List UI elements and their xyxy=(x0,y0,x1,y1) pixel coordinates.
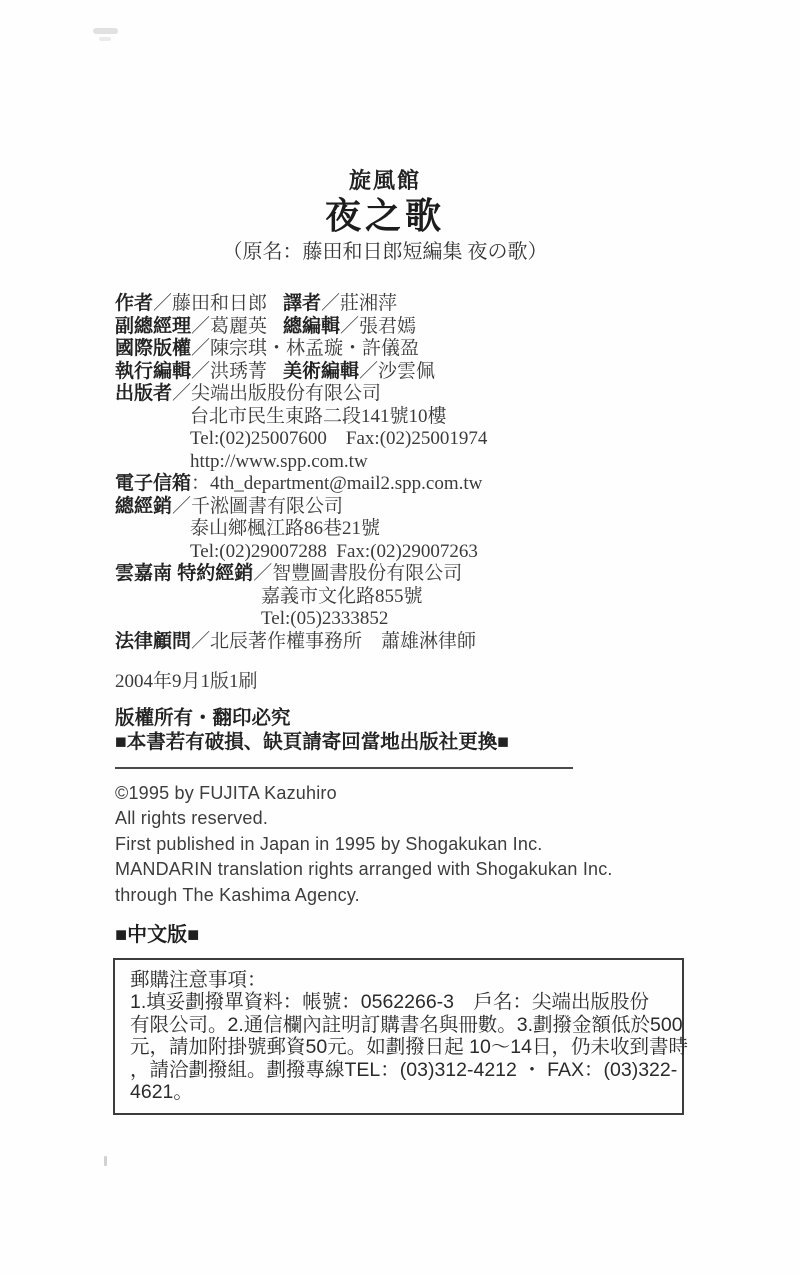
credit-legal-advisor: 法律顧問／北辰著作權事務所 蕭雄淋律師 xyxy=(115,631,687,654)
credit-value: ／陳宗琪・林孟璇・許儀盈 xyxy=(191,338,419,359)
mail-order-line: 元，請加附掛號郵資50元。如劃撥日起 10～14日，仍未收到書時 xyxy=(130,1036,667,1058)
scan-artifact xyxy=(99,37,111,41)
mail-order-heading: 郵購注意事項： xyxy=(130,969,667,991)
regional-distributor-phone: Tel:(05)2333852 xyxy=(115,608,687,631)
mail-order-line: 1.填妥劃撥單資料：帳號：0562266-3 戶名：尖端出版股份 xyxy=(130,991,667,1013)
mail-order-line: ，請洽劃撥組。劃撥專線TEL：(03)312-4212 ・ FAX：(03)32… xyxy=(130,1059,667,1081)
english-copyright-block: ©1995 by FUJITA Kazuhiro All rights rese… xyxy=(115,781,687,908)
credit-general-distributor: 總經銷／千淞圖書有限公司 xyxy=(115,496,687,519)
credit-author-translator: 作者／藤田和日郎譯者／莊湘萍 xyxy=(115,293,687,316)
credit-label: 法律顧問 xyxy=(115,631,191,652)
title-block: 旋風館 夜之歌 （原名：藤田和日郎短編集 夜の歌） xyxy=(115,0,655,266)
publisher-website: http://www.spp.com.tw xyxy=(115,451,687,474)
publisher-phone-fax: Tel:(02)25007600 Fax:(02)25001974 xyxy=(115,428,687,451)
regional-distributor-address: 嘉義市文化路855號 xyxy=(115,586,687,609)
rights-reserved-text: 版權所有・翻印必究 xyxy=(115,707,687,731)
divider-rule xyxy=(115,767,573,769)
credit-label: 譯者 xyxy=(283,293,321,314)
credit-value: ／尖端出版股份有限公司 xyxy=(172,383,381,404)
credit-value: ／藤田和日郎 xyxy=(153,293,267,314)
credit-value: ／莊湘萍 xyxy=(321,293,397,314)
credit-label: 電子信箱 xyxy=(115,473,191,494)
publisher-address: 台北市民生東路二段141號10樓 xyxy=(115,406,687,429)
credits-block: 作者／藤田和日郎譯者／莊湘萍 副總經理／葛麗英總編輯／張君嫣 國際版權／陳宗琪・… xyxy=(115,293,687,653)
credit-email: 電子信箱：4th_department@mail2.spp.com.tw xyxy=(115,473,687,496)
distributor-phone-fax: Tel:(02)29007288 Fax:(02)29007263 xyxy=(115,541,687,564)
chinese-edition-label: ■中文版■ xyxy=(115,923,687,947)
mail-order-line: 4621。 xyxy=(130,1081,667,1103)
mail-order-line: 有限公司。2.通信欄內註明訂購書名與冊數。3.劃撥金額低於500 xyxy=(130,1014,667,1036)
credit-label: 雲嘉南 特約經銷 xyxy=(115,563,253,584)
credit-label: 執行編輯 xyxy=(115,361,191,382)
agency-line: through The Kashima Agency. xyxy=(115,883,687,908)
credit-regional-distributor: 雲嘉南 特約經銷／智豐圖書股份有限公司 xyxy=(115,563,687,586)
colophon-content: 旋風館 夜之歌 （原名：藤田和日郎短編集 夜の歌） 作者／藤田和日郎譯者／莊湘萍… xyxy=(115,0,687,1115)
credit-value: ／洪琇菁 xyxy=(191,361,267,382)
first-published-line: First published in Japan in 1995 by Shog… xyxy=(115,832,687,857)
email-address: ：4th_department@mail2.spp.com.tw xyxy=(191,473,482,494)
original-title: （原名：藤田和日郎短編集 夜の歌） xyxy=(115,239,655,266)
credit-executive-editor-art-editor: 執行編輯／洪琇菁美術編輯／沙雲佩 xyxy=(115,361,687,384)
credit-publisher: 出版者／尖端出版股份有限公司 xyxy=(115,383,687,406)
credit-value: ／葛麗英 xyxy=(191,316,267,337)
credit-international-rights: 國際版權／陳宗琪・林孟璇・許儀盈 xyxy=(115,338,687,361)
credit-label: 總經銷 xyxy=(115,496,172,517)
credit-value: ／沙雲佩 xyxy=(359,361,435,382)
credit-value: ／千淞圖書有限公司 xyxy=(172,496,343,517)
phone-text: Tel:(05)2333852 xyxy=(261,608,388,629)
copyright-line: ©1995 by FUJITA Kazuhiro xyxy=(115,781,687,806)
imprint-name: 旋風館 xyxy=(115,168,655,194)
edition-notice: 2004年9月1版1刷 xyxy=(115,670,687,694)
credit-value: ／北辰著作權事務所 蕭雄淋律師 xyxy=(191,631,476,652)
colophon-page: 旋風館 夜之歌 （原名：藤田和日郎短編集 夜の歌） 作者／藤田和日郎譯者／莊湘萍… xyxy=(0,0,800,1275)
credit-deputy-gm-chief-editor: 副總經理／葛麗英總編輯／張君嫣 xyxy=(115,316,687,339)
rights-notice-block: 版權所有・翻印必究 ■本書若有破損、缺頁請寄回當地出版社更換■ xyxy=(115,707,687,754)
damage-return-notice: ■本書若有破損、缺頁請寄回當地出版社更換■ xyxy=(115,731,687,755)
website-url: http://www.spp.com.tw xyxy=(190,451,368,472)
credit-label: 作者 xyxy=(115,293,153,314)
address-text: 泰山鄉楓江路86巷21號 xyxy=(190,518,380,539)
credit-label: 總編輯 xyxy=(283,316,340,337)
credit-value: ／智豐圖書股份有限公司 xyxy=(253,563,462,584)
phone-fax-text: Tel:(02)29007288 Fax:(02)29007263 xyxy=(190,541,478,562)
mail-order-box: 郵購注意事項： 1.填妥劃撥單資料：帳號：0562266-3 戶名：尖端出版股份… xyxy=(113,958,684,1115)
phone-fax-text: Tel:(02)25007600 Fax:(02)25001974 xyxy=(190,428,487,449)
scan-artifact xyxy=(104,1156,107,1166)
address-text: 嘉義市文化路855號 xyxy=(261,586,423,607)
credit-value: ／張君嫣 xyxy=(340,316,416,337)
book-title: 夜之歌 xyxy=(115,194,655,238)
address-text: 台北市民生東路二段141號10樓 xyxy=(190,406,447,427)
rights-reserved-line: All rights reserved. xyxy=(115,806,687,831)
credit-label: 美術編輯 xyxy=(283,361,359,382)
credit-label: 出版者 xyxy=(115,383,172,404)
credit-label: 國際版權 xyxy=(115,338,191,359)
translation-rights-line: MANDARIN translation rights arranged wit… xyxy=(115,857,687,882)
distributor-address: 泰山鄉楓江路86巷21號 xyxy=(115,518,687,541)
credit-label: 副總經理 xyxy=(115,316,191,337)
